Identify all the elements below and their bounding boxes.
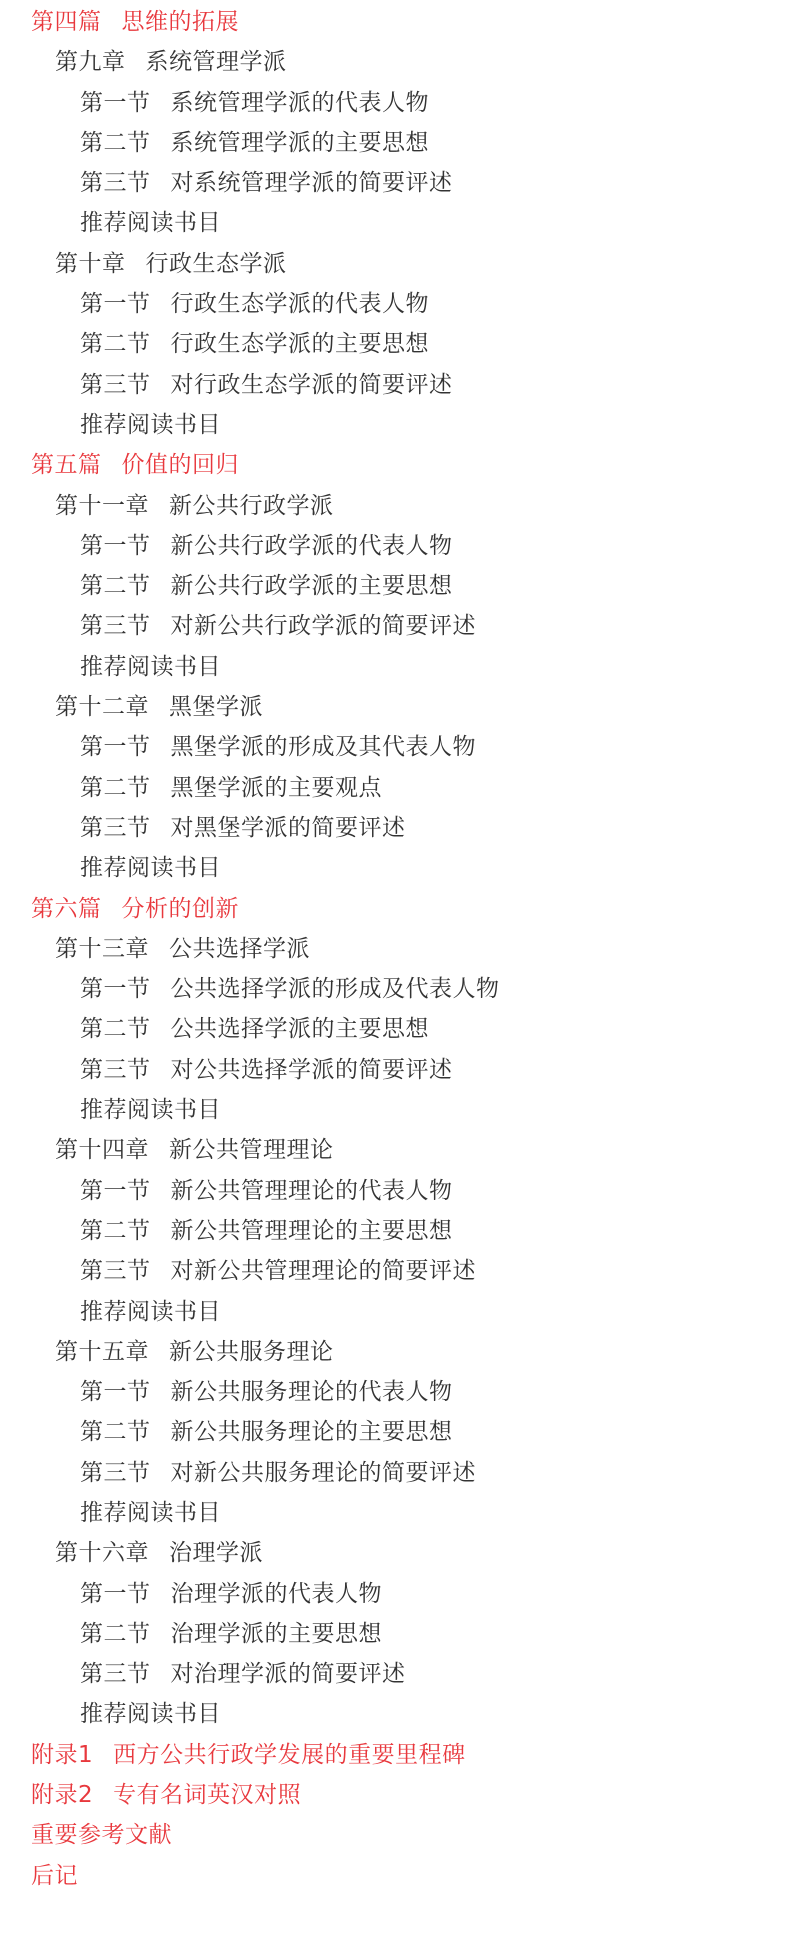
- toc-section-entry[interactable]: 推荐阅读书目: [0, 647, 790, 687]
- toc-entry-title: 新公共管理理论的主要思想: [171, 1218, 453, 1244]
- toc-section-entry[interactable]: 第三节对新公共行政学派的简要评述: [0, 606, 790, 646]
- toc-entry-number: 第一节: [80, 83, 151, 123]
- toc-section-entry[interactable]: 第二节系统管理学派的主要思想: [0, 123, 790, 163]
- toc-entry-number: 第三节: [80, 1453, 151, 1493]
- toc-entry-number: 第十六章: [55, 1533, 149, 1573]
- toc-entry-number: 第二节: [80, 1614, 151, 1654]
- toc-entry-title: 推荐阅读书目: [80, 1097, 221, 1123]
- toc-section-entry[interactable]: 第二节黑堡学派的主要观点: [0, 768, 790, 808]
- toc-section-entry[interactable]: 第三节对系统管理学派的简要评述: [0, 163, 790, 203]
- toc-chapter-entry[interactable]: 第十六章治理学派: [0, 1533, 790, 1573]
- toc-entry-number: 第三节: [80, 1251, 151, 1291]
- toc-section-entry[interactable]: 第一节黑堡学派的形成及其代表人物: [0, 727, 790, 767]
- toc-entry-title: 新公共行政学派的主要思想: [171, 573, 453, 599]
- toc-entry-title: 系统管理学派: [146, 49, 287, 75]
- toc-entry-number: 附录1: [31, 1735, 93, 1775]
- toc-section-entry[interactable]: 第二节行政生态学派的主要思想: [0, 324, 790, 364]
- toc-section-entry[interactable]: 第二节公共选择学派的主要思想: [0, 1009, 790, 1049]
- toc-entry-number: 第二节: [80, 123, 151, 163]
- toc-entry-title: 推荐阅读书目: [80, 1701, 221, 1727]
- toc-entry-number: 第九章: [55, 42, 126, 82]
- toc-section-entry[interactable]: 第三节对公共选择学派的简要评述: [0, 1050, 790, 1090]
- toc-section-entry[interactable]: 推荐阅读书目: [0, 1694, 790, 1734]
- toc-entry-title: 治理学派: [169, 1540, 263, 1566]
- toc-chapter-entry[interactable]: 第十五章新公共服务理论: [0, 1332, 790, 1372]
- toc-entry-number: 第三节: [80, 808, 151, 848]
- toc-entry-title: 重要参考文献: [31, 1822, 172, 1848]
- toc-section-entry[interactable]: 第三节对行政生态学派的简要评述: [0, 365, 790, 405]
- toc-part-entry[interactable]: 第四篇思维的拓展: [0, 2, 790, 42]
- toc-section-entry[interactable]: 第一节新公共管理理论的代表人物: [0, 1171, 790, 1211]
- toc-entry-title: 西方公共行政学发展的重要里程碑: [113, 1742, 466, 1768]
- toc-entry-number: 第十一章: [55, 486, 149, 526]
- toc-section-entry[interactable]: 第二节新公共管理理论的主要思想: [0, 1211, 790, 1251]
- toc-entry-title: 推荐阅读书目: [80, 412, 221, 438]
- toc-entry-title: 治理学派的代表人物: [171, 1581, 383, 1607]
- toc-entry-title: 系统管理学派的主要思想: [171, 130, 430, 156]
- toc-entry-number: 第三节: [80, 606, 151, 646]
- toc-chapter-entry[interactable]: 第十二章黑堡学派: [0, 687, 790, 727]
- toc-section-entry[interactable]: 第一节公共选择学派的形成及代表人物: [0, 969, 790, 1009]
- toc-entry-number: 第十二章: [55, 687, 149, 727]
- toc-entry-number: 第十章: [55, 244, 126, 284]
- toc-entry-number: 第一节: [80, 1372, 151, 1412]
- toc-entry-number: 第三节: [80, 163, 151, 203]
- toc-entry-title: 公共选择学派的主要思想: [171, 1016, 430, 1042]
- toc-section-entry[interactable]: 第一节系统管理学派的代表人物: [0, 83, 790, 123]
- toc-entry-title: 分析的创新: [122, 896, 240, 922]
- toc-chapter-entry[interactable]: 第十一章新公共行政学派: [0, 486, 790, 526]
- toc-section-entry[interactable]: 推荐阅读书目: [0, 1090, 790, 1130]
- toc-chapter-entry[interactable]: 第十四章新公共管理理论: [0, 1130, 790, 1170]
- toc-entry-title: 对行政生态学派的简要评述: [171, 372, 453, 398]
- toc-section-entry[interactable]: 推荐阅读书目: [0, 405, 790, 445]
- toc-section-entry[interactable]: 第三节对新公共服务理论的简要评述: [0, 1453, 790, 1493]
- toc-entry-title: 对治理学派的简要评述: [171, 1661, 406, 1687]
- toc-entry-number: 第十四章: [55, 1130, 149, 1170]
- toc-chapter-entry[interactable]: 第十章行政生态学派: [0, 244, 790, 284]
- toc-entry-number: 第一节: [80, 727, 151, 767]
- toc-entry-number: 第五篇: [31, 445, 102, 485]
- toc-section-entry[interactable]: 第一节新公共服务理论的代表人物: [0, 1372, 790, 1412]
- toc-section-entry[interactable]: 第三节对治理学派的简要评述: [0, 1654, 790, 1694]
- toc-part-entry[interactable]: 第六篇分析的创新: [0, 889, 790, 929]
- toc-entry-number: 第一节: [80, 969, 151, 1009]
- toc-entry-title: 对黑堡学派的简要评述: [171, 815, 406, 841]
- toc-section-entry[interactable]: 推荐阅读书目: [0, 203, 790, 243]
- toc-entry-title: 行政生态学派的主要思想: [171, 331, 430, 357]
- toc-section-entry[interactable]: 第一节新公共行政学派的代表人物: [0, 526, 790, 566]
- toc-section-entry[interactable]: 推荐阅读书目: [0, 1493, 790, 1533]
- toc-entry-title: 对系统管理学派的简要评述: [171, 170, 453, 196]
- toc-entry-title: 新公共服务理论的主要思想: [171, 1419, 453, 1445]
- toc-entry-title: 推荐阅读书目: [80, 1500, 221, 1526]
- toc-entry-title: 推荐阅读书目: [80, 855, 221, 881]
- toc-entry-number: 第一节: [80, 1171, 151, 1211]
- toc-entry-title: 后记: [31, 1863, 78, 1889]
- toc-entry-title: 系统管理学派的代表人物: [171, 90, 430, 116]
- toc-entry-title: 治理学派的主要思想: [171, 1621, 383, 1647]
- toc-section-entry[interactable]: 第一节行政生态学派的代表人物: [0, 284, 790, 324]
- toc-entry-number: 第三节: [80, 365, 151, 405]
- toc-entry-number: 第一节: [80, 1574, 151, 1614]
- toc-section-entry[interactable]: 第三节对新公共管理理论的简要评述: [0, 1251, 790, 1291]
- toc-entry-title: 推荐阅读书目: [80, 1299, 221, 1325]
- toc-entry-title: 行政生态学派: [146, 251, 287, 277]
- toc-entry-title: 新公共管理理论: [169, 1137, 334, 1163]
- toc-part-entry[interactable]: 附录1西方公共行政学发展的重要里程碑: [0, 1735, 790, 1775]
- toc-part-entry[interactable]: 第五篇价值的回归: [0, 445, 790, 485]
- toc-entry-title: 新公共行政学派: [169, 493, 334, 519]
- toc-entry-title: 对新公共服务理论的简要评述: [171, 1460, 477, 1486]
- toc-section-entry[interactable]: 第二节新公共服务理论的主要思想: [0, 1412, 790, 1452]
- toc-entry-number: 第二节: [80, 566, 151, 606]
- toc-entry-number: 第一节: [80, 284, 151, 324]
- toc-entry-number: 第三节: [80, 1050, 151, 1090]
- toc-entry-title: 新公共服务理论: [169, 1339, 334, 1365]
- toc-entry-number: 第二节: [80, 1009, 151, 1049]
- toc-entry-title: 黑堡学派的形成及其代表人物: [171, 734, 477, 760]
- toc-entry-title: 新公共服务理论的代表人物: [171, 1379, 453, 1405]
- toc-part-entry[interactable]: 后记: [0, 1856, 790, 1896]
- toc-entry-number: 第四篇: [31, 2, 102, 42]
- table-of-contents: 第四篇思维的拓展第九章系统管理学派第一节系统管理学派的代表人物第二节系统管理学派…: [0, 0, 790, 1896]
- toc-entry-number: 第六篇: [31, 889, 102, 929]
- toc-entry-title: 对新公共管理理论的简要评述: [171, 1258, 477, 1284]
- toc-entry-number: 第三节: [80, 1654, 151, 1694]
- toc-entry-title: 黑堡学派的主要观点: [171, 775, 383, 801]
- toc-entry-number: 第二节: [80, 1211, 151, 1251]
- toc-entry-number: 第二节: [80, 768, 151, 808]
- toc-entry-title: 新公共行政学派的代表人物: [171, 533, 453, 559]
- toc-chapter-entry[interactable]: 第九章系统管理学派: [0, 42, 790, 82]
- toc-entry-title: 黑堡学派: [169, 694, 263, 720]
- toc-entry-title: 推荐阅读书目: [80, 210, 221, 236]
- toc-chapter-entry[interactable]: 第十三章公共选择学派: [0, 929, 790, 969]
- toc-entry-number: 第一节: [80, 526, 151, 566]
- toc-section-entry[interactable]: 推荐阅读书目: [0, 848, 790, 888]
- toc-section-entry[interactable]: 第一节治理学派的代表人物: [0, 1574, 790, 1614]
- toc-section-entry[interactable]: 第二节治理学派的主要思想: [0, 1614, 790, 1654]
- toc-entry-number: 第二节: [80, 324, 151, 364]
- toc-entry-title: 对公共选择学派的简要评述: [171, 1057, 453, 1083]
- toc-entry-title: 对新公共行政学派的简要评述: [171, 613, 477, 639]
- toc-section-entry[interactable]: 第二节新公共行政学派的主要思想: [0, 566, 790, 606]
- toc-entry-number: 第十五章: [55, 1332, 149, 1372]
- toc-entry-title: 价值的回归: [122, 452, 240, 478]
- toc-entry-title: 专有名词英汉对照: [113, 1782, 301, 1808]
- toc-section-entry[interactable]: 第三节对黑堡学派的简要评述: [0, 808, 790, 848]
- toc-entry-title: 行政生态学派的代表人物: [171, 291, 430, 317]
- toc-section-entry[interactable]: 推荐阅读书目: [0, 1292, 790, 1332]
- toc-entry-title: 新公共管理理论的代表人物: [171, 1178, 453, 1204]
- toc-entry-title: 思维的拓展: [122, 9, 240, 35]
- toc-part-entry[interactable]: 附录2专有名词英汉对照: [0, 1775, 790, 1815]
- toc-entry-title: 公共选择学派: [169, 936, 310, 962]
- toc-entry-number: 附录2: [31, 1775, 93, 1815]
- toc-part-entry[interactable]: 重要参考文献: [0, 1815, 790, 1855]
- toc-entry-title: 公共选择学派的形成及代表人物: [171, 976, 500, 1002]
- toc-entry-number: 第二节: [80, 1412, 151, 1452]
- toc-entry-number: 第十三章: [55, 929, 149, 969]
- toc-entry-title: 推荐阅读书目: [80, 654, 221, 680]
